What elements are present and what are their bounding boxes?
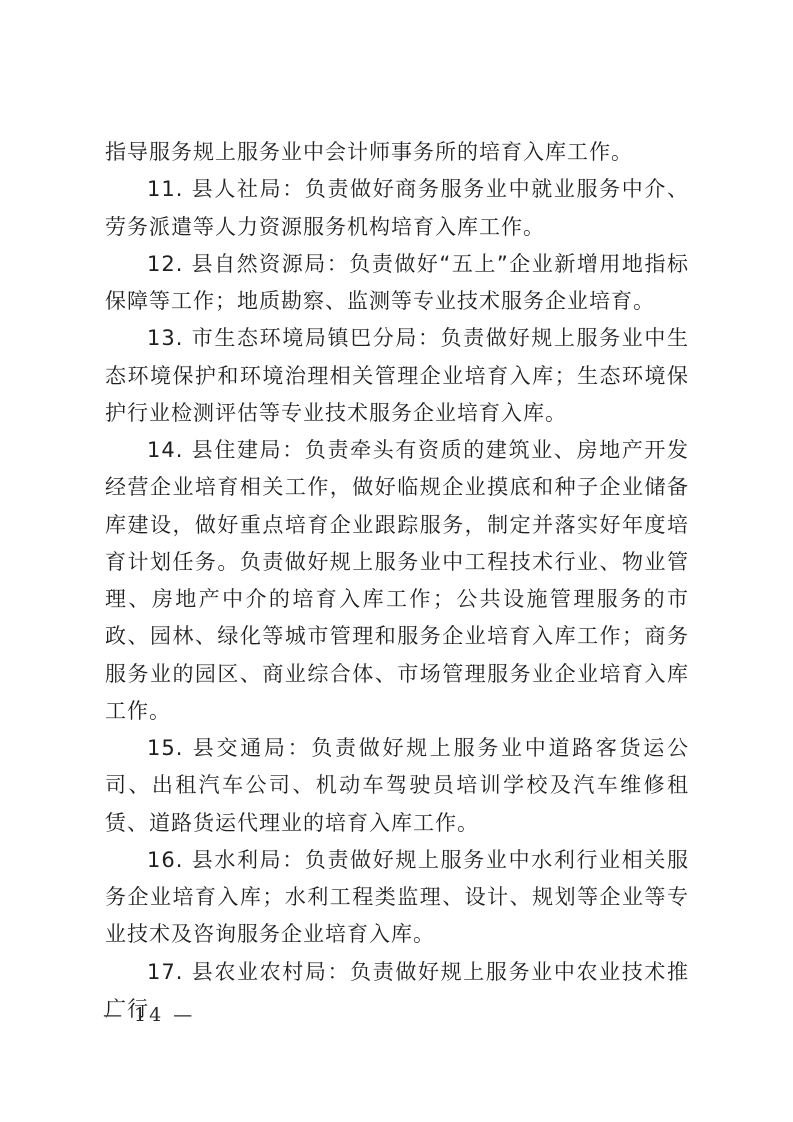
document-body: 指导服务规上服务业中会计师事务所的培育入库工作。 11. 县人社局：负责做好商务… (105, 134, 689, 1028)
document-page: 指导服务规上服务业中会计师事务所的培育入库工作。 11. 县人社局：负责做好商务… (0, 0, 793, 1122)
paragraph-item-15: 15. 县交通局：负责做好规上服务业中道路客货运公司、出租汽车公司、机动车驾驶员… (105, 730, 689, 842)
paragraph-item-14: 14. 县住建局：负责牵头有资质的建筑业、房地产开发经营企业培育相关工作，做好临… (105, 432, 689, 730)
paragraph-continuation: 指导服务规上服务业中会计师事务所的培育入库工作。 (105, 134, 689, 171)
paragraph-item-13: 13. 市生态环境局镇巴分局：负责做好规上服务业中生态环境保护和环境治理相关管理… (105, 320, 689, 432)
page-number: — 14 — (103, 1004, 195, 1026)
paragraph-item-12: 12. 县自然资源局：负责做好“五上”企业新增用地指标保障等工作；地质勘察、监测… (105, 246, 689, 321)
paragraph-item-16: 16. 县水利局：负责做好规上服务业中水利行业相关服务企业培育入库；水利工程类监… (105, 842, 689, 954)
paragraph-item-11: 11. 县人社局：负责做好商务服务业中就业服务中介、劳务派遣等人力资源服务机构培… (105, 171, 689, 246)
